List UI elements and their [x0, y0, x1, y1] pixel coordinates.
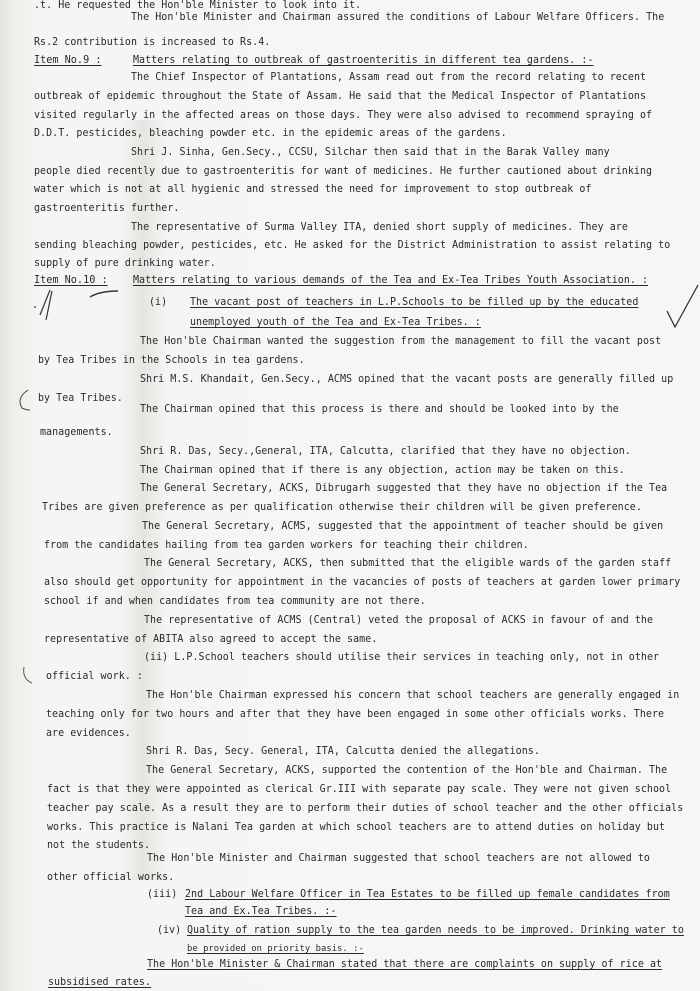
- scanned-document-page: .t. He requested the Hon'ble Minister to…: [0, 0, 700, 991]
- closing-line-1: The Hon'ble Minister & Chairman stated t…: [147, 959, 662, 971]
- text-line: teaching only for two hours and after th…: [46, 709, 664, 721]
- subitem-iii-number: (iii): [147, 889, 177, 901]
- text-line: The Chief Inspector of Plantations, Assa…: [131, 72, 646, 84]
- text-line: representative of ABITA also agreed to a…: [44, 634, 377, 646]
- text-line: are evidences.: [46, 728, 131, 740]
- item-10-label: Item No.10 :: [34, 275, 108, 287]
- text-line: by Tea Tribes in the Schools in tea gard…: [38, 355, 305, 367]
- text-line: The Hon'ble Minister and Chairman sugges…: [147, 853, 650, 865]
- subitem-i-number: (i): [149, 297, 167, 309]
- text-line: Rs.2 contribution is increased to Rs.4.: [34, 37, 270, 49]
- text-line: also should get opportunity for appointm…: [44, 577, 680, 589]
- text-line: Tribes are given preference as per quali…: [42, 502, 642, 514]
- text-line: managements.: [40, 427, 113, 439]
- text-line: The Chairman opined that this process is…: [140, 404, 619, 416]
- text-line: not the students.: [47, 840, 150, 852]
- text-line: Shri M.S. Khandait, Gen.Secy., ACMS opin…: [140, 374, 673, 386]
- text-line: outbreak of epidemic throughout the Stat…: [34, 91, 646, 103]
- text-line: visited regularly in the affected areas …: [34, 110, 652, 122]
- text-line: The Chairman opined that if there is any…: [140, 465, 625, 477]
- text-line: D.D.T. pesticides, bleaching powder etc.…: [34, 128, 507, 140]
- subitem-iv-number: (iv): [157, 925, 181, 937]
- text-line: The representative of ACMS (Central) vet…: [144, 615, 653, 627]
- text-line: The General Secretary, ACMS, suggested t…: [142, 521, 663, 533]
- text-line: The Hon'ble Chairman expressed his conce…: [146, 690, 679, 702]
- subitem-iii-heading-line1: 2nd Labour Welfare Officer in Tea Estate…: [185, 889, 670, 901]
- text-line: supply of pure drinking water.: [34, 258, 216, 270]
- text-line: other official works.: [47, 872, 174, 884]
- item-9-label: Item No.9 :: [34, 55, 101, 67]
- text-line: Shri R. Das, Secy.,General, ITA, Calcutt…: [140, 446, 631, 458]
- text-line: The General Secretary, ACKS, then submit…: [144, 558, 671, 570]
- subitem-iv-heading-line2: be provided on priority basis. :-: [187, 943, 364, 955]
- text-line: teacher pay scale. As a result they are …: [47, 803, 683, 815]
- text-line: The representative of Surma Valley ITA, …: [131, 222, 628, 234]
- text-line: sending bleaching powder, pesticides, et…: [34, 240, 670, 252]
- text-line: fact is that they were appointed as cler…: [47, 784, 671, 796]
- text-line: from the candidates hailing from tea gar…: [44, 540, 529, 552]
- text-line: Shri J. Sinha, Gen.Secy., CCSU, Silchar …: [131, 147, 610, 159]
- text-line: The General Secretary, ACKS, supported t…: [146, 765, 667, 777]
- checkmark-icon: [665, 283, 700, 333]
- text-line: The Hon'ble Chairman wanted the suggesti…: [140, 336, 661, 348]
- pen-scribble-mark: [30, 285, 120, 325]
- text-line: The General Secretary, ACKS, Dibrugarh s…: [140, 483, 667, 495]
- subitem-i-heading-line2: unemployed youth of the Tea and Ex-Tea T…: [190, 317, 481, 329]
- closing-line-2: subsidised rates.: [48, 977, 151, 989]
- text-line: by Tea Tribes.: [38, 393, 123, 405]
- item-9-heading: Matters relating to outbreak of gastroen…: [133, 55, 594, 67]
- text-line: .t. He requested the Hon'ble Minister to…: [34, 0, 361, 12]
- text-line: people died recently due to gastroenteri…: [34, 166, 652, 178]
- subitem-iii-heading-line2: Tea and Ex.Tea Tribes. :-: [185, 906, 337, 918]
- margin-bracket-mark: [12, 388, 32, 412]
- item-10-heading: Matters relating to various demands of t…: [133, 275, 648, 287]
- text-line: Shri R. Das, Secy. General, ITA, Calcutt…: [146, 746, 540, 758]
- text-line: The Hon'ble Minister and Chairman assure…: [131, 12, 664, 24]
- subitem-i-heading-line1: The vacant post of teachers in L.P.Schoo…: [190, 297, 638, 309]
- text-line: school if and when candidates from tea c…: [44, 596, 426, 608]
- text-line: water which is not at all hygienic and s…: [34, 184, 591, 196]
- subitem-ii-heading: (ii) L.P.School teachers should utilise …: [144, 652, 659, 664]
- text-line: gastroenteritis further.: [34, 203, 179, 215]
- subitem-iv-heading-line1: Quality of ration supply to the tea gard…: [187, 925, 684, 937]
- text-line: works. This practice is Nalani Tea garde…: [47, 822, 665, 834]
- text-line: official work. :: [46, 671, 143, 683]
- margin-bracket-mark: [18, 665, 36, 687]
